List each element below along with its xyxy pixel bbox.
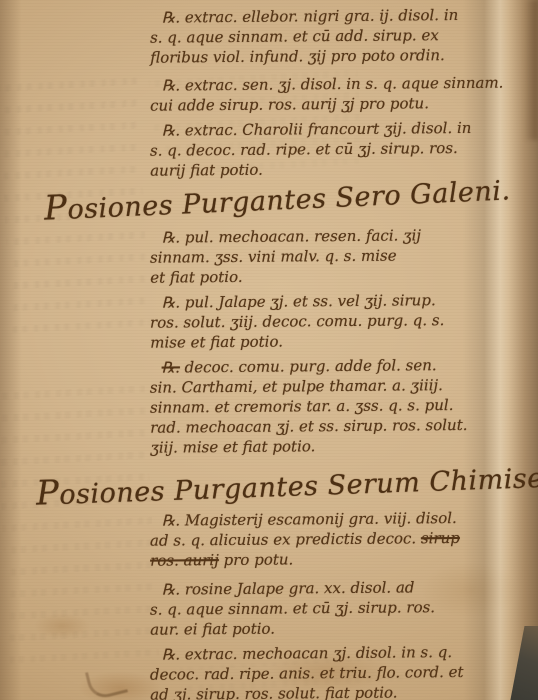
manuscript-text: rad. mechoacan ʒj. et ss. sirup. ros. so… bbox=[150, 416, 467, 437]
manuscript-text: decoc. comu. purg. adde fol. sen. bbox=[180, 356, 437, 376]
recipe-entry: ℞. extrac. sen. ʒj. disol. in s. q. aque… bbox=[150, 72, 532, 115]
manuscript-line: ad ʒj. sirup. ros. solut. fiat potio. bbox=[150, 681, 532, 700]
manuscript-text: cui adde sirup. ros. aurij ʒj pro potu. bbox=[150, 94, 429, 114]
manuscript-line: ʒiij. mise et fiat potio. bbox=[150, 434, 532, 457]
manuscript-text: s. q. decoc. rad. ripe. et cū ʒj. sirup.… bbox=[150, 139, 458, 160]
manuscript-text: s. q. aque sinnam. et cū add. sirup. ex bbox=[150, 26, 439, 47]
recipe-entry: ℞. extrac. mechoacan ʒj. disol. in s. q.… bbox=[150, 641, 533, 700]
manuscript-photo: ℞. extrac. ellebor. nigri gra. ij. disol… bbox=[0, 0, 538, 700]
struck-text: sirup bbox=[421, 529, 460, 547]
manuscript-text: ℞. pul. mechoacan. resen. faci. ʒij bbox=[162, 226, 421, 246]
manuscript-line: aur. ei fiat potio. bbox=[150, 616, 532, 639]
recipe-entry: ℞. decoc. comu. purg. adde fol. sen.sin.… bbox=[150, 354, 533, 457]
manuscript-text: floribus viol. infund. ʒij pro poto ordi… bbox=[150, 46, 445, 67]
manuscript-text: ℞. rosine Jalape gra. xx. disol. ad bbox=[162, 578, 415, 598]
recipe-entry: ℞. pul. mechoacan. resen. faci. ʒijsinna… bbox=[150, 224, 533, 287]
manuscript-text: mise et fiat potio. bbox=[150, 333, 283, 352]
manuscript-line: floribus viol. infund. ʒij pro poto ordi… bbox=[150, 44, 532, 67]
recipe-entry: ℞. extrac. ellebor. nigri gra. ij. disol… bbox=[150, 0, 533, 68]
manuscript-text: ros. solut. ʒiij. decoc. comu. purg. q. … bbox=[150, 311, 444, 332]
recipe-entry: ℞. extrac. Charolii francourt ʒij. disol… bbox=[150, 117, 533, 180]
manuscript-text: ʒiij. mise et fiat potio. bbox=[150, 437, 315, 456]
manuscript-text: s. q. aque sinnam. et cū ʒj. sirup. ros. bbox=[150, 598, 435, 618]
manuscript-text: ad s. q. alicuius ex predictis decoc. bbox=[150, 529, 421, 549]
struck-text: ros. aurij bbox=[150, 551, 219, 570]
manuscript-text: decoc. rad. ripe. anis. et triu. flo. co… bbox=[150, 663, 464, 684]
struck-text: ℞. bbox=[162, 358, 180, 376]
manuscript-line: ℞. extrac. sen. ʒj. disol. in s. q. aque… bbox=[162, 72, 532, 95]
manuscript-text: sinnam. et cremoris tar. a. ʒss. q. s. p… bbox=[150, 396, 454, 417]
recipe-entry: ℞. pul. Jalape ʒj. et ss. vel ʒij. sirup… bbox=[150, 289, 533, 352]
manuscript-line: mise et fiat potio. bbox=[150, 329, 532, 352]
manuscript-text: aur. ei fiat potio. bbox=[150, 620, 275, 639]
recipe-entry: ℞. rosine Jalape gra. xx. disol. ads. q.… bbox=[150, 576, 533, 639]
manuscript-text: sinnam. ʒss. vini malv. q. s. mise bbox=[150, 247, 397, 267]
manuscript-text: ℞. extrac. Charolii francourt ʒij. disol… bbox=[162, 119, 472, 140]
manuscript-text: pro potu. bbox=[219, 550, 294, 569]
manuscript-line: cui adde sirup. ros. aurij ʒj pro potu. bbox=[150, 92, 532, 115]
recipe-entry: ℞. Magisterij escamonij gra. viij. disol… bbox=[150, 507, 533, 570]
manuscript-text: ℞. extrac. ellebor. nigri gra. ij. disol… bbox=[162, 6, 459, 27]
page-gutter-shadow bbox=[524, 0, 538, 140]
manuscript-text: ℞. Magisterij escamonij gra. viij. disol… bbox=[162, 509, 457, 530]
manuscript-text: sin. Carthami, et pulpe thamar. a. ʒiiij… bbox=[150, 376, 443, 397]
manuscript-text: ad ʒj. sirup. ros. solut. fiat potio. bbox=[150, 684, 398, 700]
manuscript-line: et fiat potio. bbox=[150, 264, 532, 287]
manuscript-text: et fiat potio. bbox=[150, 268, 243, 287]
manuscript-text: ℞. pul. Jalape ʒj. et ss. vel ʒij. sirup… bbox=[162, 291, 436, 311]
manuscript-text-column: ℞. extrac. ellebor. nigri gra. ij. disol… bbox=[150, 0, 532, 700]
manuscript-text: aurij fiat potio. bbox=[150, 161, 263, 180]
manuscript-line: ros. aurij pro potu. bbox=[150, 547, 532, 570]
manuscript-text: ℞. extrac. sen. ʒj. disol. in s. q. aque… bbox=[162, 74, 504, 95]
manuscript-text: ℞. extrac. mechoacan ʒj. disol. in s. q. bbox=[162, 643, 452, 664]
